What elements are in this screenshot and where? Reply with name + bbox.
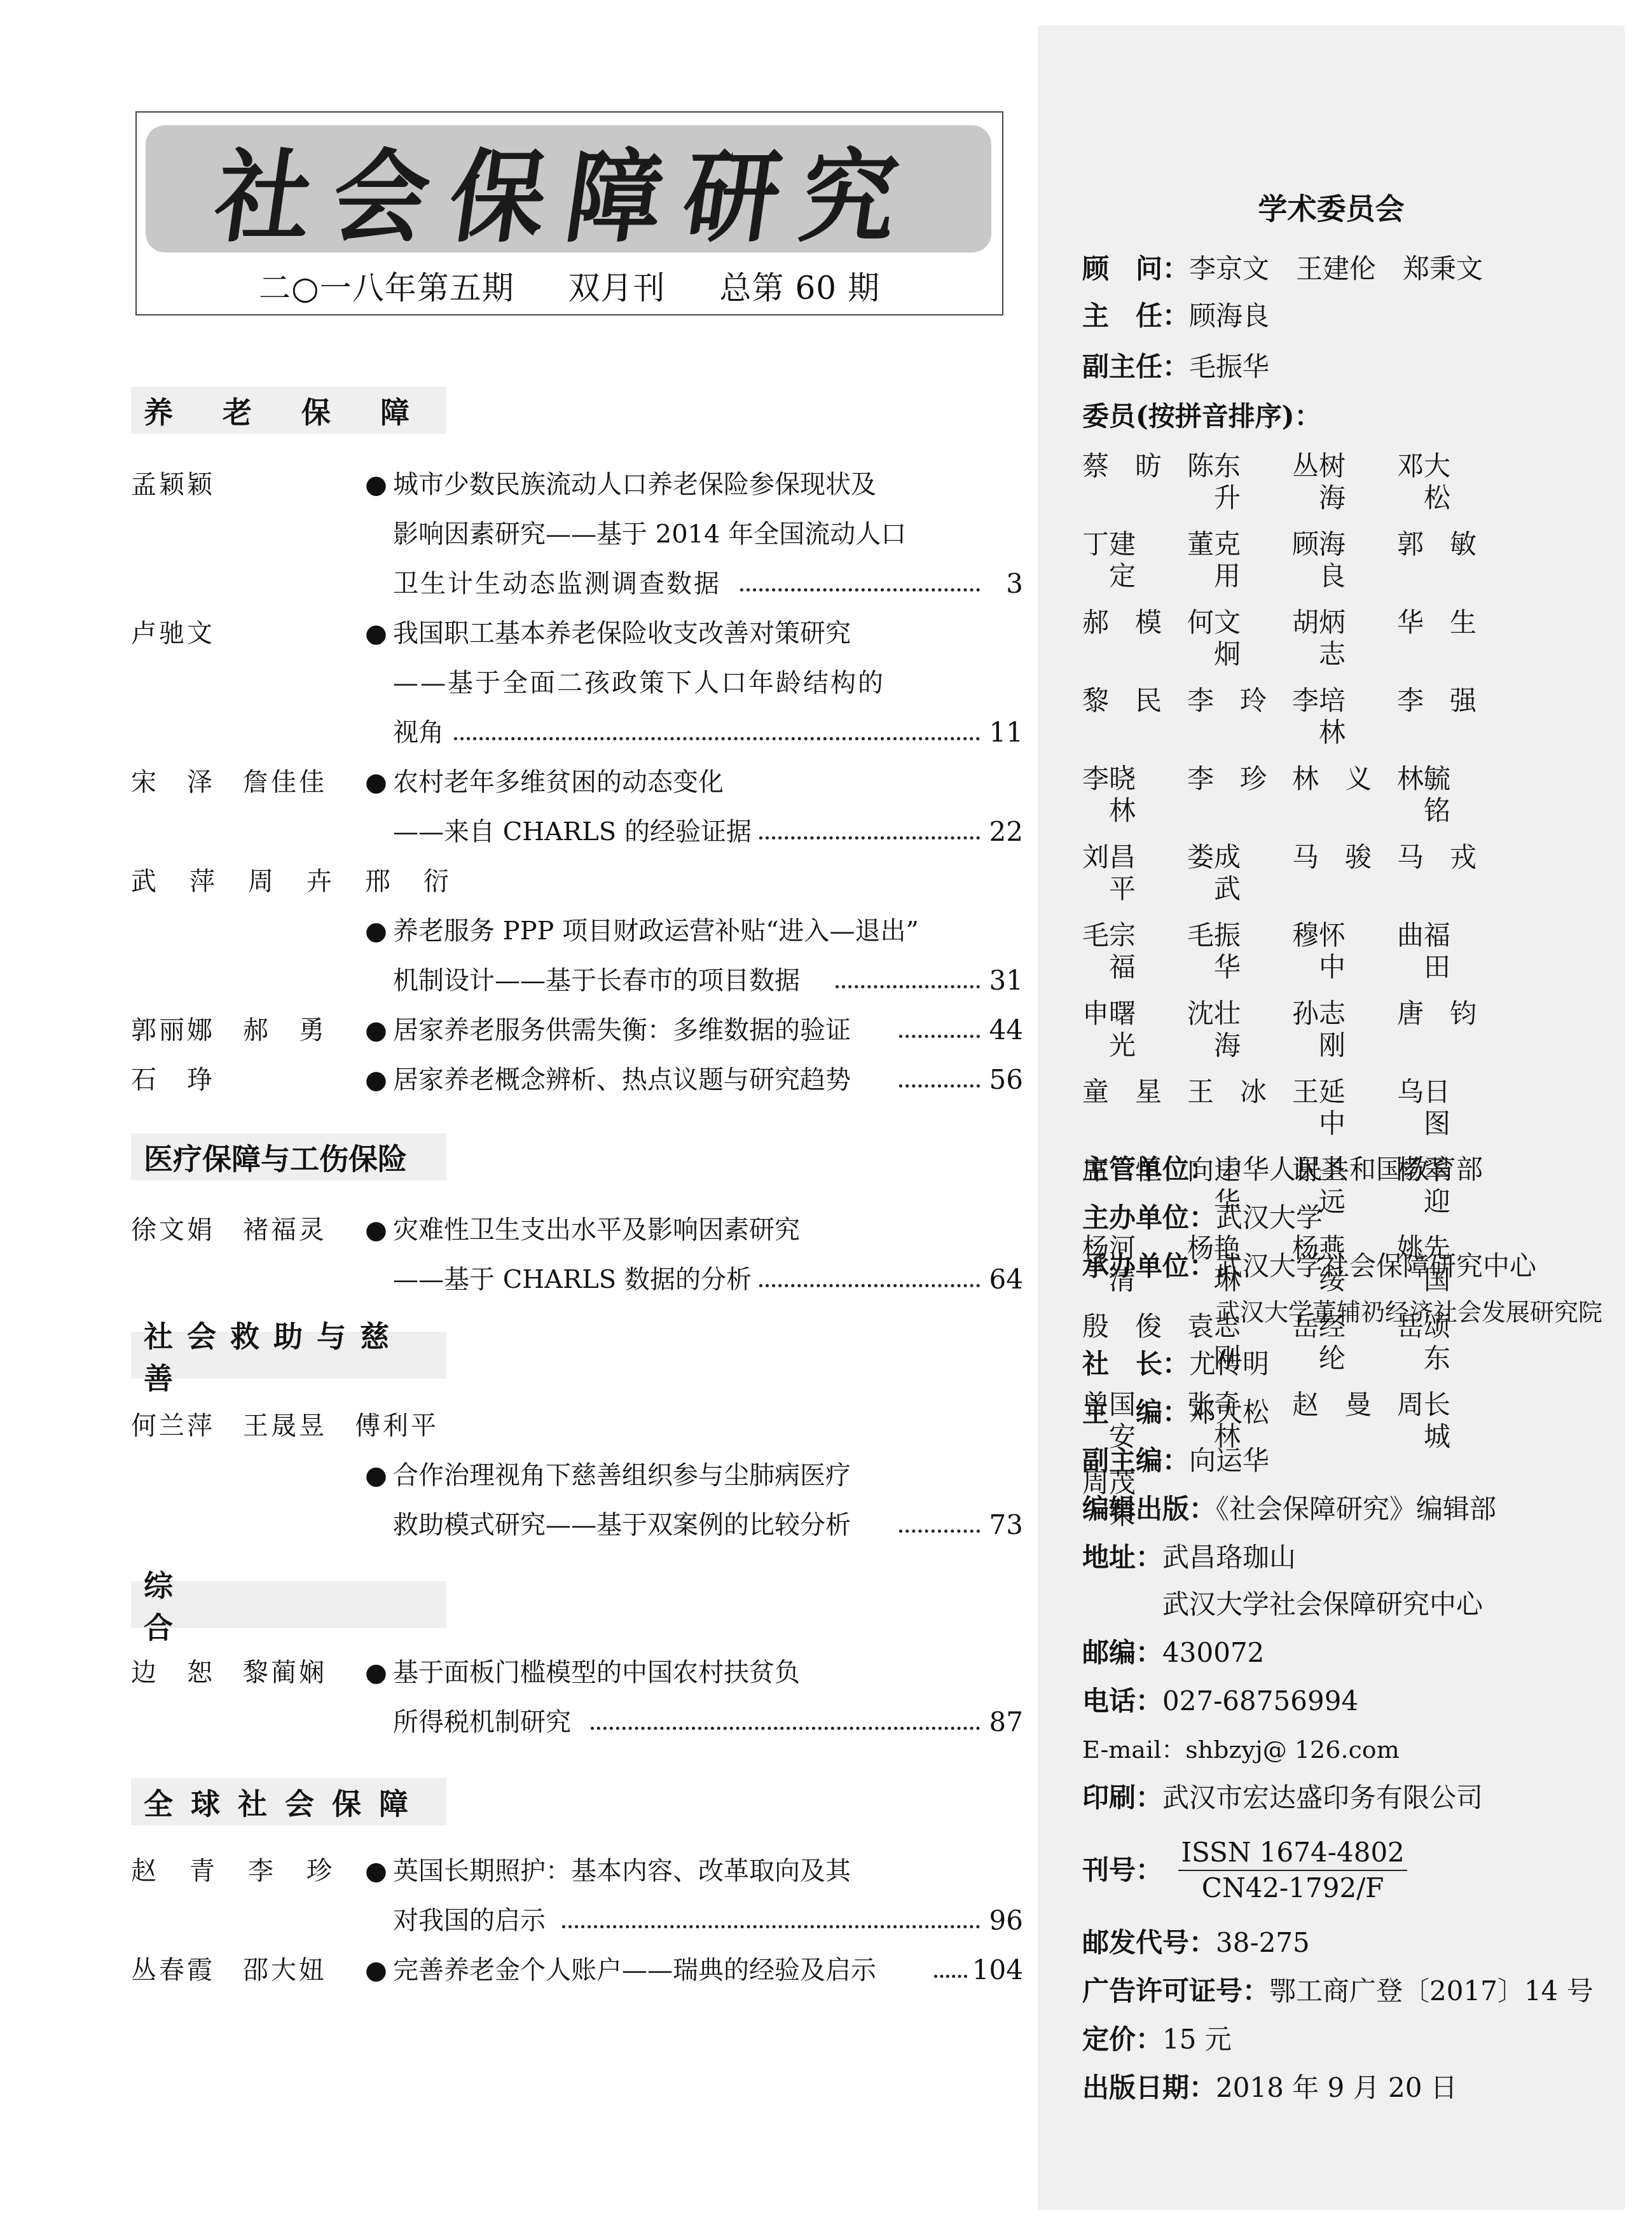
postcode-row: 邮编：430072 xyxy=(1082,1637,1264,1669)
ad-license-value: 鄂工商广登〔2017〕14 号 xyxy=(1269,1975,1593,2007)
section-title: 医疗保障与工伤保险 xyxy=(144,1136,407,1178)
article-title-line[interactable]: 居家养老服务供需失衡：多维数据的验证 xyxy=(393,1015,851,1046)
article-title-line[interactable]: 对我国的启示 xyxy=(393,1905,546,1936)
member-name: 董克用 xyxy=(1187,528,1267,592)
bullet-icon: ● xyxy=(365,1955,387,1986)
article-authors: 何兰萍 王晟昱 傅利平 xyxy=(131,1411,439,1441)
bullet-icon: ● xyxy=(365,767,387,798)
article-authors: 宋 泽 詹佳佳 xyxy=(131,767,327,798)
member-name: 穆怀中 xyxy=(1292,920,1372,983)
publisher-row: 编辑出版：《社会保障研究》编辑部 xyxy=(1082,1493,1496,1525)
cn-value: CN42-1792/F xyxy=(1178,1871,1407,1903)
member-name: 毛宗福 xyxy=(1082,920,1162,983)
dot-leader xyxy=(932,1955,970,1986)
member-name: 申曙光 xyxy=(1082,998,1162,1061)
article-authors: 郭丽娜 郝 勇 xyxy=(131,1015,327,1046)
dot-leader xyxy=(445,717,989,748)
article-title-line[interactable]: ——基于全面二孩政策下人口年龄结构的 xyxy=(393,668,885,698)
deputy-director-row: 副主任：毛振华 xyxy=(1082,351,1269,383)
supervisor-row: 主管单位：中华人民共和国教育部 xyxy=(1082,1154,1483,1185)
dot-leader xyxy=(750,1264,989,1295)
deputy-editor-label: 副主编： xyxy=(1082,1445,1189,1476)
article-authors: 边 恕 黎蔺娴 xyxy=(131,1657,327,1688)
article-title-line[interactable]: 视角 xyxy=(393,717,444,748)
page-number[interactable]: 11 xyxy=(989,717,1023,748)
email-value[interactable]: shbzyj@ 126.com xyxy=(1185,1736,1399,1764)
member-name: 丛树海 xyxy=(1292,450,1372,514)
issn-value: ISSN 1674-4802 xyxy=(1178,1838,1407,1871)
member-name: 刘昌平 xyxy=(1082,841,1162,905)
journal-title: 社会保障研究 xyxy=(207,117,930,261)
member-name: 郝模 xyxy=(1082,607,1162,670)
article-title-line[interactable]: 影响因素研究——基于 2014 年全国流动人口 xyxy=(393,519,906,549)
page-number[interactable]: 96 xyxy=(989,1905,1023,1936)
bullet-icon: ● xyxy=(365,1657,387,1688)
member-name: 童星 xyxy=(1082,1076,1162,1140)
member-name: 乌日图 xyxy=(1397,1076,1476,1140)
organizer-value: 武汉大学社会保障研究中心 xyxy=(1216,1250,1536,1281)
article-title-line[interactable]: 救助模式研究——基于双案例的比较分析 xyxy=(393,1510,851,1540)
deputy-editor-row: 副主编：向运华 xyxy=(1082,1445,1269,1477)
member-name: 李晓林 xyxy=(1082,763,1162,827)
bullet-icon: ● xyxy=(365,1460,387,1491)
member-name: 胡炳志 xyxy=(1292,607,1372,670)
bullet-icon: ● xyxy=(365,1856,387,1886)
issue-number: 二○一八年第五期 xyxy=(259,270,514,307)
email-label: E-mail： xyxy=(1082,1736,1185,1764)
advisors-label: 顾 问： xyxy=(1082,253,1189,284)
member-name: 丁建定 xyxy=(1082,528,1162,592)
article-title-line[interactable]: ——基于 CHARLS 数据的分析 xyxy=(393,1264,752,1295)
journal-logo-band: 社会保障研究 xyxy=(146,125,991,252)
member-name: 王延中 xyxy=(1292,1076,1372,1140)
member-name: 娄成武 xyxy=(1187,841,1267,905)
member-name: 郭敏 xyxy=(1397,528,1476,592)
date-label: 出版日期： xyxy=(1082,2072,1216,2103)
bullet-icon: ● xyxy=(365,1065,387,1095)
phone-label: 电话： xyxy=(1082,1685,1162,1716)
article-title-line[interactable]: 所得税机制研究 xyxy=(393,1707,571,1737)
member-name: 孙志刚 xyxy=(1292,998,1372,1061)
frequency: 双月刊 xyxy=(568,270,666,307)
printer-label: 印刷： xyxy=(1082,1782,1162,1813)
email-row: E-mail：shbzyj@ 126.com xyxy=(1082,1734,1400,1765)
printer-row: 印刷：武汉市宏达盛印务有限公司 xyxy=(1082,1782,1483,1814)
director-value: 顾海良 xyxy=(1189,300,1269,331)
section-title: 养老保障 xyxy=(144,389,459,431)
member-name: 唐钧 xyxy=(1397,998,1476,1061)
member-name: 马骏 xyxy=(1292,841,1372,905)
page-number[interactable]: 73 xyxy=(989,1510,1023,1540)
member-name: 华生 xyxy=(1397,607,1476,670)
publisher-label: 编辑出版： xyxy=(1082,1493,1216,1524)
phone-value: 027-68756994 xyxy=(1162,1685,1358,1716)
publisher-value: 《社会保障研究》编辑部 xyxy=(1216,1493,1496,1524)
article-title-line[interactable]: 合作治理视角下慈善组织参与尘肺病医疗 xyxy=(393,1460,851,1491)
article-title-line[interactable]: 养老服务 PPP 项目财政运营补贴“进入—退出” xyxy=(393,916,919,946)
dot-leader xyxy=(890,1015,989,1046)
section-title: 社会救助与慈善 xyxy=(144,1313,434,1397)
price-value: 15 元 xyxy=(1162,2024,1232,2055)
address-row-2: 武汉大学社会保障研究中心 xyxy=(1162,1589,1483,1620)
article-authors: 徐文娟 褚福灵 xyxy=(131,1215,327,1245)
supervisor-label: 主管单位： xyxy=(1082,1154,1216,1185)
member-name: 毛振华 xyxy=(1187,920,1267,983)
issue-info: 二○一八年第五期 双月刊 总第 60 期 xyxy=(137,263,1002,308)
member-name: 李玲 xyxy=(1187,685,1267,749)
editor-row: 主 编：邓大松 xyxy=(1082,1397,1269,1428)
article-title-line[interactable]: 完善养老金个人账户——瑞典的经验及启示 xyxy=(393,1955,876,1986)
dot-leader xyxy=(827,965,989,996)
deputy-director-label: 副主任： xyxy=(1082,351,1189,382)
postal-code-value: 38-275 xyxy=(1216,1927,1310,1958)
president-value: 尤传明 xyxy=(1189,1348,1269,1379)
member-name: 邓大松 xyxy=(1397,450,1476,514)
bullet-icon: ● xyxy=(365,469,387,500)
member-name: 周长城 xyxy=(1397,1389,1476,1453)
committee-title: 学术委员会 xyxy=(1038,186,1625,228)
section-title: 综合 xyxy=(144,1563,670,1647)
section-header-social-assistance: 社会救助与慈善 xyxy=(131,1332,446,1379)
issn-row: 刊号： ISSN 1674-4802 CN42-1792/F xyxy=(1082,1838,1407,1903)
director-label: 主 任： xyxy=(1082,300,1189,331)
dot-leader xyxy=(890,1510,989,1540)
member-name: 王冰 xyxy=(1187,1076,1267,1140)
article-authors: 石 琤 xyxy=(131,1065,215,1095)
director-row: 主 任：顾海良 xyxy=(1082,300,1269,332)
president-label: 社 长： xyxy=(1082,1348,1189,1379)
section-header-medical: 医疗保障与工伤保险 xyxy=(131,1133,446,1180)
dot-leader xyxy=(553,1905,989,1936)
dot-leader xyxy=(750,817,989,847)
page-number[interactable]: 104 xyxy=(972,1955,1023,1986)
organizer-row-2: 武汉大学董辅礽经济社会发展研究院 xyxy=(1216,1296,1602,1328)
price-label: 定价： xyxy=(1082,2024,1162,2055)
article-title-line[interactable]: 灾难性卫生支出水平及影响因素研究 xyxy=(393,1215,800,1245)
address-row: 地址：武昌珞珈山 xyxy=(1082,1542,1296,1573)
page-number[interactable]: 3 xyxy=(1006,569,1023,599)
ad-license-label: 广告许可证号： xyxy=(1082,1975,1269,2007)
page-number[interactable]: 87 xyxy=(989,1707,1023,1737)
member-name: 曲福田 xyxy=(1397,920,1476,983)
total-issue: 总第 60 期 xyxy=(720,270,880,307)
section-header-global: 全球社会保障 xyxy=(131,1778,446,1825)
postal-code-row: 邮发代号：38-275 xyxy=(1082,1927,1310,1959)
member-name: 林毓铭 xyxy=(1397,763,1476,827)
member-name: 黎民 xyxy=(1082,685,1162,749)
article-authors: 武 萍 周 卉 邢 衍 xyxy=(131,866,453,897)
issn-fraction: ISSN 1674-4802 CN42-1792/F xyxy=(1178,1838,1407,1903)
article-title-line[interactable]: 机制设计——基于长春市的项目数据 xyxy=(393,965,800,996)
editor-label: 主 编： xyxy=(1082,1397,1189,1428)
page-number[interactable]: 31 xyxy=(989,965,1023,996)
article-authors: 赵 青 李 珍 xyxy=(131,1856,336,1886)
article-title-line[interactable]: 居家养老概念辨析、热点议题与研究趋势 xyxy=(393,1065,851,1095)
dot-leader xyxy=(731,569,989,599)
postal-code-label: 邮发代号： xyxy=(1082,1927,1216,1958)
member-name: 沈壮海 xyxy=(1187,998,1267,1061)
dot-leader xyxy=(890,1065,989,1095)
article-authors: 丛春霞 邵大妞 xyxy=(131,1955,327,1986)
sponsor-value: 武汉大学 xyxy=(1216,1202,1323,1233)
member-name: 马戎 xyxy=(1397,841,1476,905)
member-name: 蔡昉 xyxy=(1082,450,1162,514)
supervisor-value: 中华人民共和国教育部 xyxy=(1216,1154,1483,1185)
phone-row: 电话：027-68756994 xyxy=(1082,1685,1358,1717)
price-row: 定价：15 元 xyxy=(1082,2024,1232,2055)
article-title-line[interactable]: ——来自 CHARLS 的经验证据 xyxy=(393,817,752,847)
organizer-row: 承办单位：武汉大学社会保障研究中心 xyxy=(1082,1250,1536,1282)
article-title-line[interactable]: 基于面板门槛模型的中国农村扶贫负 xyxy=(393,1657,800,1688)
article-title-line[interactable]: 城市少数民族流动人口养老保险参保现状及 xyxy=(393,469,876,500)
organizer-label: 承办单位： xyxy=(1082,1250,1216,1281)
address-value: 武昌珞珈山 xyxy=(1162,1542,1296,1573)
editor-value: 邓大松 xyxy=(1189,1397,1269,1428)
sponsor-row: 主办单位：武汉大学 xyxy=(1082,1202,1323,1234)
printer-value: 武汉市宏达盛印务有限公司 xyxy=(1162,1782,1483,1813)
members-label: 委员(按拼音排序)： xyxy=(1082,401,1321,432)
deputy-director-value: 毛振华 xyxy=(1189,351,1269,382)
article-title-line[interactable]: 英国长期照护：基本内容、改革取向及其 xyxy=(393,1856,851,1886)
member-name: 赵曼 xyxy=(1292,1389,1372,1453)
member-name: 李珍 xyxy=(1187,763,1267,827)
advisors-value: 李京文 王建伦 郑秉文 xyxy=(1189,253,1483,284)
article-title-line[interactable]: 我国职工基本养老保险收支改善对策研究 xyxy=(393,618,851,649)
bullet-icon: ● xyxy=(365,1215,387,1245)
page-number[interactable]: 64 xyxy=(989,1264,1023,1295)
member-name: 李强 xyxy=(1397,685,1476,749)
bullet-icon: ● xyxy=(365,1015,387,1046)
section-header-pension: 养老保障 xyxy=(131,387,446,434)
article-authors: 孟颖颖 xyxy=(131,469,215,500)
member-name: 何文炯 xyxy=(1187,607,1267,670)
date-row: 出版日期：2018 年 9 月 20 日 xyxy=(1082,2072,1457,2104)
dot-leader xyxy=(582,1707,989,1737)
section-title: 全球社会保障 xyxy=(144,1781,426,1823)
sponsor-label: 主办单位： xyxy=(1082,1202,1216,1233)
bullet-icon: ● xyxy=(365,618,387,649)
member-name: 顾海良 xyxy=(1292,528,1372,592)
date-value: 2018 年 9 月 20 日 xyxy=(1216,2072,1457,2103)
issn-label: 刊号： xyxy=(1082,1855,1162,1886)
postcode-value: 430072 xyxy=(1162,1637,1264,1668)
article-title-line[interactable]: 卫生计生动态监测调查数据 xyxy=(393,569,721,599)
president-row: 社 长：尤传明 xyxy=(1082,1348,1269,1380)
ad-license-row: 广告许可证号：鄂工商广登〔2017〕14 号 xyxy=(1082,1975,1593,2007)
member-name: 林义 xyxy=(1292,763,1372,827)
postcode-label: 邮编： xyxy=(1082,1637,1162,1668)
page-number[interactable]: 22 xyxy=(989,817,1023,847)
page-number[interactable]: 56 xyxy=(989,1065,1023,1095)
member-name: 陈东升 xyxy=(1187,450,1267,514)
masthead: 社会保障研究 二○一八年第五期 双月刊 总第 60 期 xyxy=(135,111,1003,315)
section-header-comprehensive: 综合 xyxy=(131,1581,446,1628)
advisors-row: 顾 问：李京文 王建伦 郑秉文 xyxy=(1082,253,1483,285)
article-title-line[interactable]: 农村老年多维贫困的动态变化 xyxy=(393,767,724,798)
members-label-row: 委员(按拼音排序)： xyxy=(1082,401,1321,432)
member-name: 李培林 xyxy=(1292,685,1372,749)
address-label: 地址： xyxy=(1082,1542,1162,1573)
info-panel: 学术委员会 顾 问：李京文 王建伦 郑秉文 主 任：顾海良 副主任：毛振华 委员… xyxy=(1038,25,1625,2210)
page-number[interactable]: 44 xyxy=(989,1015,1023,1046)
bullet-icon: ● xyxy=(365,916,387,946)
deputy-editor-value: 向运华 xyxy=(1189,1445,1269,1476)
article-authors: 卢驰文 xyxy=(131,618,215,649)
